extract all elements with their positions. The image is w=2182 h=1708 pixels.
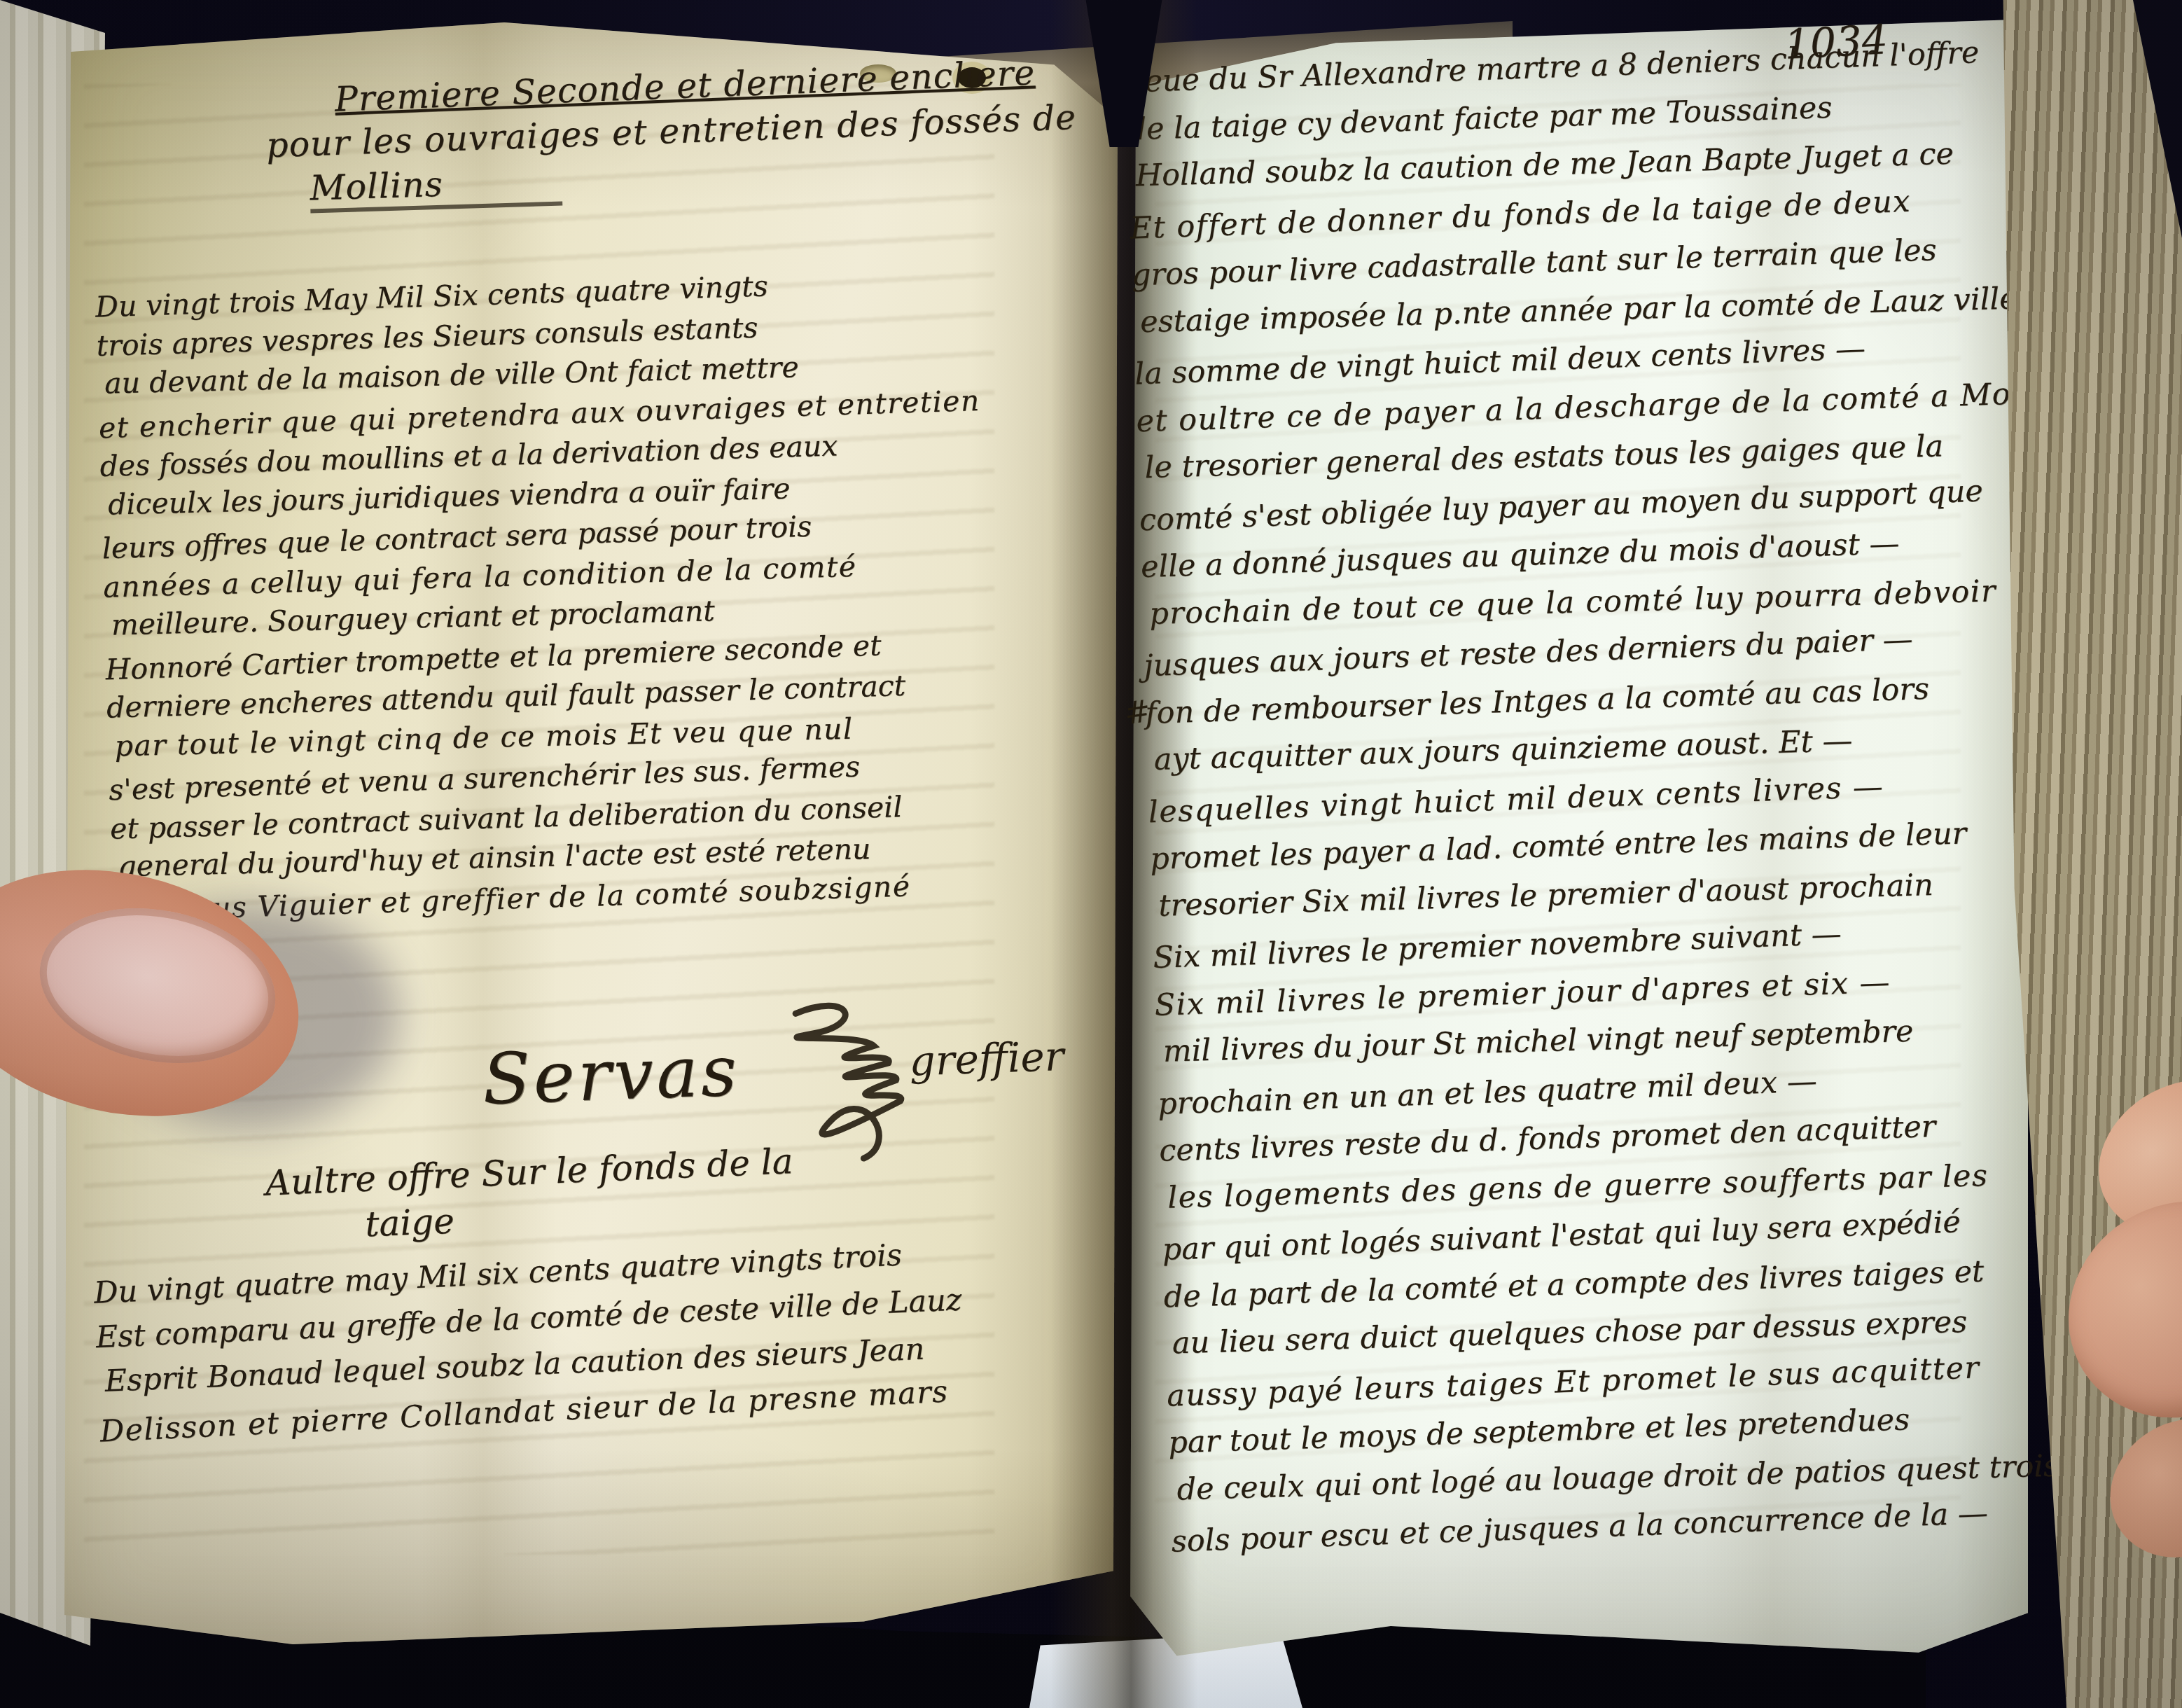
manuscript-line: Mollins bbox=[310, 161, 563, 214]
right-page-body-text: Veue du Sr Allexandre martre a 8 deniers… bbox=[1125, 36, 2061, 1571]
left-page-heading: Premiere Seconde et derniere encherepour… bbox=[250, 53, 1059, 216]
left-page-body-text: Du vingt trois May Mil Six cents quatre … bbox=[95, 261, 1106, 932]
signature: Servas bbox=[481, 1029, 741, 1120]
photo-scene: Premiere Seconde et derniere encherepour… bbox=[0, 0, 2182, 1708]
signature-suffix: greffier bbox=[908, 1032, 1064, 1085]
